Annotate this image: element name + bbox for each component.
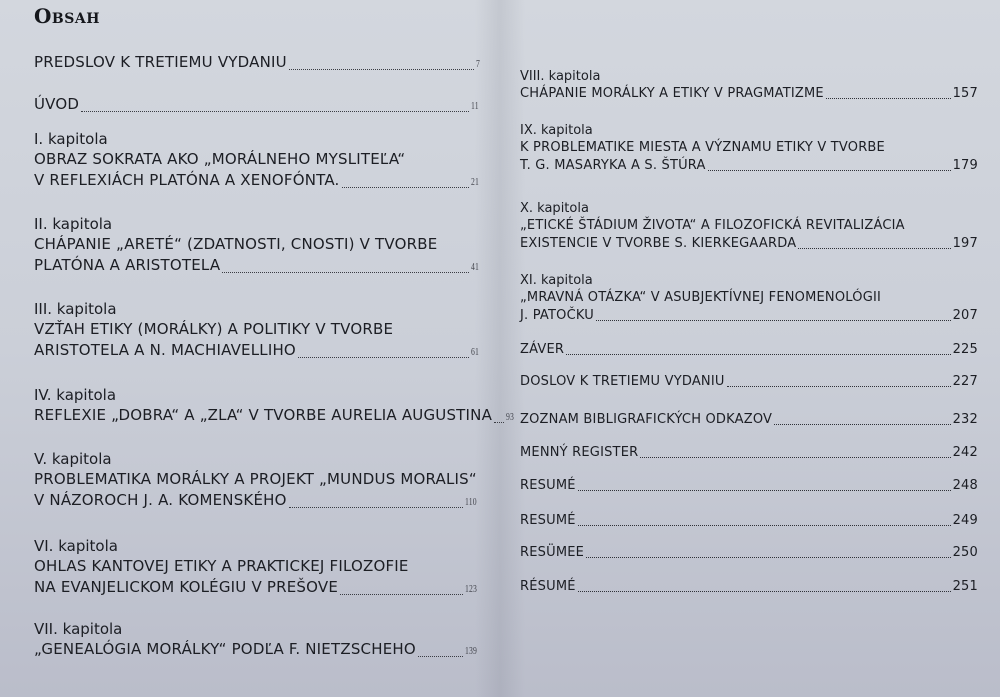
toc-entry-zaver: ZÁVER225 bbox=[520, 341, 978, 359]
dot-leader bbox=[298, 356, 469, 358]
toc-entry-ch6: VI. kapitolaOHLAS KANTOVEJ ETIKY A PRAKT… bbox=[34, 537, 482, 600]
page-number: 225 bbox=[953, 341, 978, 359]
entry-title-line: OHLAS KANTOVEJ ETIKY A PRAKTICKEJ FILOZO… bbox=[34, 556, 482, 577]
dot-leader bbox=[578, 524, 951, 526]
entry-title-row: ZÁVER225 bbox=[520, 341, 978, 359]
dot-leader bbox=[340, 593, 463, 595]
page-number: 123 bbox=[465, 579, 477, 600]
page-number: 110 bbox=[465, 492, 477, 513]
page-number: 251 bbox=[953, 578, 978, 596]
chapter-label: VII. kapitola bbox=[34, 620, 482, 639]
entry-title-row: PREDSLOV K TRETIEMU VYDANIU7 bbox=[34, 52, 482, 75]
entry-title-line: RESUMÉ bbox=[520, 477, 576, 495]
entry-title-line: OBRAZ SOKRATA AKO „MORÁLNEHO MYSLITEĽA“ bbox=[34, 149, 482, 170]
toc-entry-resume3: RÉSUMÉ251 bbox=[520, 578, 978, 596]
entry-title-row: EXISTENCIE V TVORBE S. KIERKEGAARDA197 bbox=[520, 235, 978, 253]
entry-title-line: NA EVANJELICKOM KOLÉGIU V PREŠOVE bbox=[34, 577, 338, 598]
entry-title-line: T. G. MASARYKA A S. ŠTÚRA bbox=[520, 157, 706, 175]
page-number: 157 bbox=[953, 85, 978, 103]
toc-entry-ch2: II. kapitolaCHÁPANIE „ARETÉ“ (ZDATNOSTI,… bbox=[34, 215, 482, 278]
toc-entry-ch5: V. kapitolaPROBLEMATIKA MORÁLKY A PROJEK… bbox=[34, 450, 482, 513]
entry-title-row: CHÁPANIE MORÁLKY A ETIKY V PRAGMATIZME15… bbox=[520, 85, 978, 103]
page-number: 248 bbox=[953, 477, 978, 495]
entry-title-line: „ETICKÉ ŠTÁDIUM ŽIVOTA“ A FILOZOFICKÁ RE… bbox=[520, 217, 978, 235]
dot-leader bbox=[566, 353, 950, 355]
chapter-label: VIII. kapitola bbox=[520, 68, 978, 85]
entry-title-line: EXISTENCIE V TVORBE S. KIERKEGAARDA bbox=[520, 235, 796, 253]
entry-title-row: „GENEALÓGIA MORÁLKY“ PODĽA F. NIETZSCHEH… bbox=[34, 639, 482, 662]
toc-entry-doslov: DOSLOV K TRETIEMU VYDANIU227 bbox=[520, 373, 978, 391]
toc-entry-resumee: RESÜMEE250 bbox=[520, 544, 978, 562]
chapter-label: IX. kapitola bbox=[520, 122, 978, 139]
entry-title-line: DOSLOV K TRETIEMU VYDANIU bbox=[520, 373, 725, 391]
page-number: 197 bbox=[953, 235, 978, 253]
page-number: 21 bbox=[471, 172, 479, 193]
entry-title-row: J. PATOČKU207 bbox=[520, 307, 978, 325]
entry-title-row: REFLEXIE „DOBRA“ A „ZLA“ V TVORBE AURELI… bbox=[34, 405, 482, 428]
dot-leader bbox=[342, 186, 469, 188]
dot-leader bbox=[289, 506, 464, 508]
chapter-label: X. kapitola bbox=[520, 200, 978, 217]
dot-leader bbox=[418, 655, 463, 657]
entry-title-line: CHÁPANIE „ARETÉ“ (ZDATNOSTI, CNOSTI) V T… bbox=[34, 234, 482, 255]
entry-title-row: ZOZNAM BIBLIGRAFICKÝCH ODKAZOV232 bbox=[520, 411, 978, 429]
toc-entry-predslov: PREDSLOV K TRETIEMU VYDANIU7 bbox=[34, 52, 482, 75]
entry-title-line: RESÜMEE bbox=[520, 544, 584, 562]
entry-title-line: ZOZNAM BIBLIGRAFICKÝCH ODKAZOV bbox=[520, 411, 772, 429]
entry-title-row: T. G. MASARYKA A S. ŠTÚRA179 bbox=[520, 157, 978, 175]
entry-title-line: „GENEALÓGIA MORÁLKY“ PODĽA F. NIETZSCHEH… bbox=[34, 639, 416, 660]
page-number: 232 bbox=[953, 411, 978, 429]
page-number: 179 bbox=[953, 157, 978, 175]
entry-title-line: K PROBLEMATIKE MIESTA A VÝZNAMU ETIKY V … bbox=[520, 139, 978, 157]
dot-leader bbox=[222, 271, 468, 273]
entry-title-line: „MRAVNÁ OTÁZKA“ V ASUBJEKTÍVNEJ FENOMENO… bbox=[520, 289, 978, 307]
entry-title-line: MENNÝ REGISTER bbox=[520, 444, 638, 462]
toc-entry-ch11: XI. kapitola„MRAVNÁ OTÁZKA“ V ASUBJEKTÍV… bbox=[520, 272, 978, 325]
page-number: 41 bbox=[471, 257, 479, 278]
entry-title-line: VZŤAH ETIKY (MORÁLKY) A POLITIKY V TVORB… bbox=[34, 319, 482, 340]
entry-title-row: RESUMÉ249 bbox=[520, 512, 978, 530]
entry-title-line: PROBLEMATIKA MORÁLKY A PROJEKT „MUNDUS M… bbox=[34, 469, 482, 490]
page-number: 11 bbox=[471, 96, 479, 117]
toc-entry-zoznam: ZOZNAM BIBLIGRAFICKÝCH ODKAZOV232 bbox=[520, 411, 978, 429]
entry-title-line: ARISTOTELA A N. MACHIAVELLIHO bbox=[34, 340, 296, 361]
toc-entry-ch8: VIII. kapitolaCHÁPANIE MORÁLKY A ETIKY V… bbox=[520, 68, 978, 103]
dot-leader bbox=[81, 110, 469, 112]
entry-title-row: ÚVOD11 bbox=[34, 94, 482, 117]
toc-entry-ch1: I. kapitolaOBRAZ SOKRATA AKO „MORÁLNEHO … bbox=[34, 130, 482, 193]
dot-leader bbox=[578, 489, 951, 491]
entry-title-row: PLATÓNA A ARISTOTELA41 bbox=[34, 255, 482, 278]
dot-leader bbox=[826, 97, 951, 99]
chapter-label: II. kapitola bbox=[34, 215, 482, 234]
entry-title-line: RÉSUMÉ bbox=[520, 578, 576, 596]
entry-title-row: MENNÝ REGISTER242 bbox=[520, 444, 978, 462]
page-number: 207 bbox=[953, 307, 978, 325]
dot-leader bbox=[586, 556, 951, 558]
toc-entry-register: MENNÝ REGISTER242 bbox=[520, 444, 978, 462]
toc-entry-ch10: X. kapitola„ETICKÉ ŠTÁDIUM ŽIVOTA“ A FIL… bbox=[520, 200, 978, 253]
chapter-label: IV. kapitola bbox=[34, 386, 482, 405]
toc-entry-uvod: ÚVOD11 bbox=[34, 94, 482, 117]
toc-entry-ch7: VII. kapitola„GENEALÓGIA MORÁLKY“ PODĽA … bbox=[34, 620, 482, 662]
entry-title-row: RESUMÉ248 bbox=[520, 477, 978, 495]
dot-leader bbox=[289, 68, 474, 70]
book-spread: Obsah PREDSLOV K TRETIEMU VYDANIU7ÚVOD11… bbox=[0, 0, 1000, 697]
left-page: Obsah PREDSLOV K TRETIEMU VYDANIU7ÚVOD11… bbox=[0, 0, 500, 697]
page-number: 242 bbox=[953, 444, 978, 462]
entry-title-line: CHÁPANIE MORÁLKY A ETIKY V PRAGMATIZME bbox=[520, 85, 824, 103]
dot-leader bbox=[708, 169, 951, 171]
dot-leader bbox=[774, 423, 950, 425]
entry-title-row: ARISTOTELA A N. MACHIAVELLIHO61 bbox=[34, 340, 482, 363]
page-number: 139 bbox=[465, 641, 477, 662]
toc-entry-resume1: RESUMÉ248 bbox=[520, 477, 978, 495]
entry-title-line: PREDSLOV K TRETIEMU VYDANIU bbox=[34, 52, 287, 73]
entry-title-line: REFLEXIE „DOBRA“ A „ZLA“ V TVORBE AURELI… bbox=[34, 405, 492, 426]
page-number: 61 bbox=[471, 342, 479, 363]
dot-leader bbox=[578, 590, 951, 592]
dot-leader bbox=[798, 247, 950, 249]
entry-title-line: ZÁVER bbox=[520, 341, 564, 359]
toc-entry-ch3: III. kapitolaVZŤAH ETIKY (MORÁLKY) A POL… bbox=[34, 300, 482, 363]
dot-leader bbox=[640, 456, 950, 458]
toc-entry-resume2: RESUMÉ249 bbox=[520, 512, 978, 530]
chapter-label: VI. kapitola bbox=[34, 537, 482, 556]
chapter-label: XI. kapitola bbox=[520, 272, 978, 289]
toc-title: Obsah bbox=[34, 4, 100, 28]
entry-title-row: DOSLOV K TRETIEMU VYDANIU227 bbox=[520, 373, 978, 391]
entry-title-line: RESUMÉ bbox=[520, 512, 576, 530]
entry-title-line: ÚVOD bbox=[34, 94, 79, 115]
entry-title-line: J. PATOČKU bbox=[520, 307, 594, 325]
dot-leader bbox=[727, 385, 951, 387]
entry-title-row: RESÜMEE250 bbox=[520, 544, 978, 562]
entry-title-line: PLATÓNA A ARISTOTELA bbox=[34, 255, 220, 276]
dot-leader bbox=[494, 421, 504, 423]
right-page: VIII. kapitolaCHÁPANIE MORÁLKY A ETIKY V… bbox=[506, 0, 1000, 697]
page-number: 227 bbox=[953, 373, 978, 391]
page-number: 7 bbox=[476, 54, 480, 75]
dot-leader bbox=[596, 319, 951, 321]
entry-title-row: RÉSUMÉ251 bbox=[520, 578, 978, 596]
entry-title-row: V REFLEXIÁCH PLATÓNA A XENOFÓNTA.21 bbox=[34, 170, 482, 193]
chapter-label: III. kapitola bbox=[34, 300, 482, 319]
entry-title-line: V REFLEXIÁCH PLATÓNA A XENOFÓNTA. bbox=[34, 170, 340, 191]
page-number: 249 bbox=[953, 512, 978, 530]
entry-title-row: NA EVANJELICKOM KOLÉGIU V PREŠOVE123 bbox=[34, 577, 482, 600]
chapter-label: V. kapitola bbox=[34, 450, 482, 469]
entry-title-line: V NÁZOROCH J. A. KOMENSKÉHO bbox=[34, 490, 287, 511]
toc-entry-ch4: IV. kapitolaREFLEXIE „DOBRA“ A „ZLA“ V T… bbox=[34, 386, 482, 428]
toc-entry-ch9: IX. kapitolaK PROBLEMATIKE MIESTA A VÝZN… bbox=[520, 122, 978, 175]
page-number: 250 bbox=[953, 544, 978, 562]
chapter-label: I. kapitola bbox=[34, 130, 482, 149]
entry-title-row: V NÁZOROCH J. A. KOMENSKÉHO110 bbox=[34, 490, 482, 513]
